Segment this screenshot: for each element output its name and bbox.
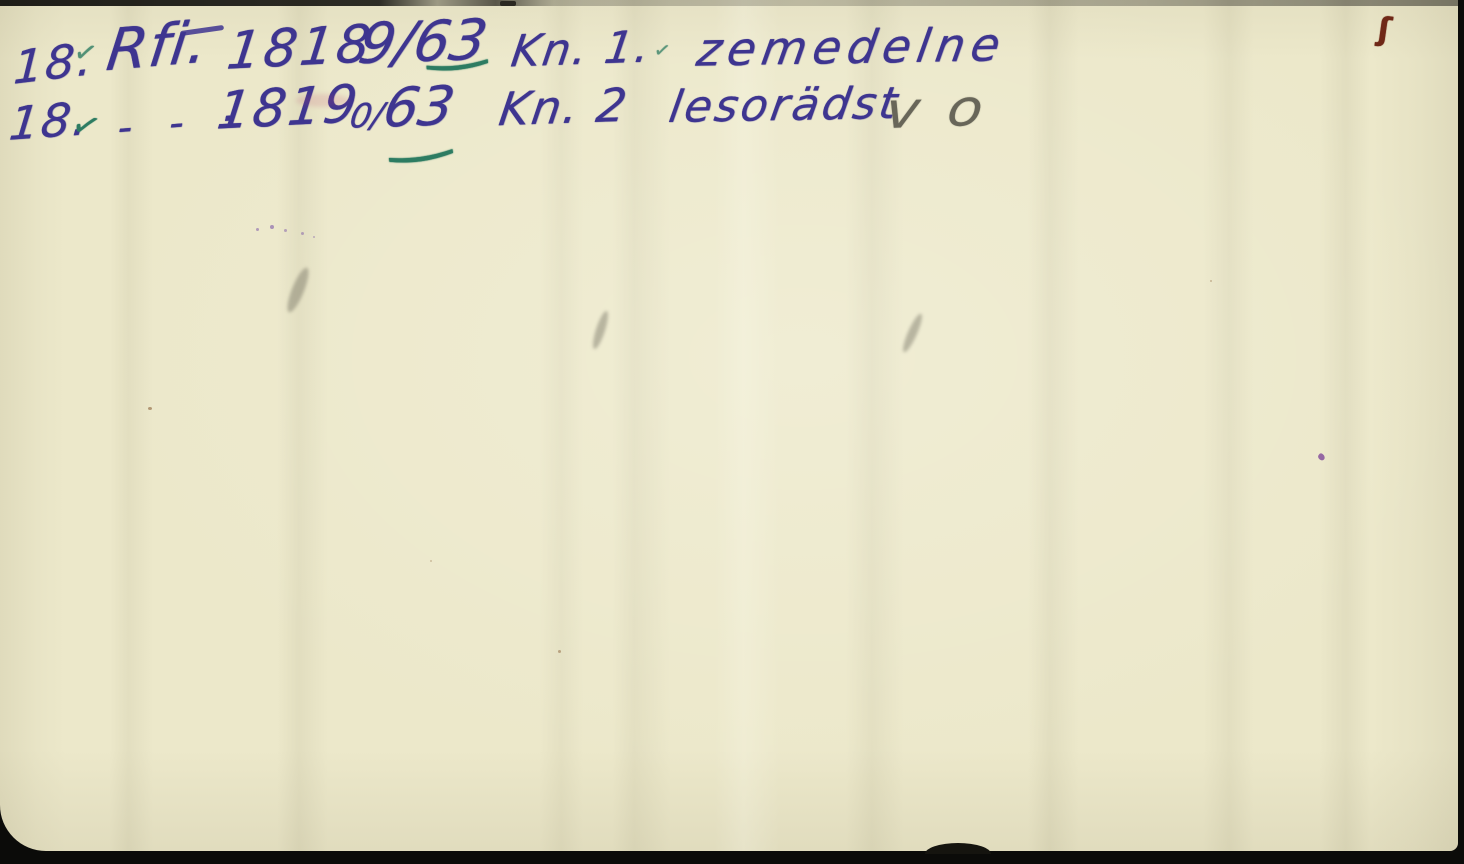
note-text: lesorädst	[666, 78, 904, 133]
ink-dot	[284, 229, 287, 232]
book-label: Kn. 2	[496, 78, 632, 136]
scan-edge-top	[0, 0, 1458, 6]
ink-dot	[313, 236, 315, 238]
pink-ink-smudge	[296, 94, 350, 107]
red-ink-mark: ʃ	[1375, 9, 1393, 48]
check-swoosh-icon: ‿	[424, 13, 486, 73]
card-paper: 18. ✓ Rfi. 1818 9/63 ‿ Kn. 1. ✓ zemedeln…	[0, 0, 1458, 851]
pencil-smudge	[283, 265, 312, 314]
checkmark-icon: ✓	[652, 37, 673, 64]
check-swoosh-icon: ‿	[384, 102, 451, 166]
entry-row-2: 18. ✓ - - · 1819 0/63 ‿ Kn. 2 lesorädst …	[8, 82, 1068, 192]
paper-speck	[148, 407, 152, 410]
ink-speck	[1317, 452, 1326, 461]
paper-speck	[558, 650, 561, 653]
book-label: Kn. 1.	[508, 22, 655, 78]
ref-number: 1819	[214, 74, 363, 141]
note-pencil-text: vo	[883, 78, 1014, 140]
ref-label: Rfi.	[103, 8, 212, 84]
ink-dot	[256, 228, 259, 231]
paper-speck	[430, 560, 432, 562]
note-text: zemedelne	[693, 17, 1010, 76]
ink-dot	[301, 232, 304, 235]
checkmark-icon: ✓	[71, 34, 101, 71]
pencil-smudge	[590, 310, 611, 351]
ink-dot	[270, 225, 274, 229]
scan-page: { "card": { "check_glyph": "✓", "swoosh_…	[0, 0, 1464, 864]
pencil-smudge	[900, 312, 925, 354]
paper-speck	[1210, 280, 1212, 282]
